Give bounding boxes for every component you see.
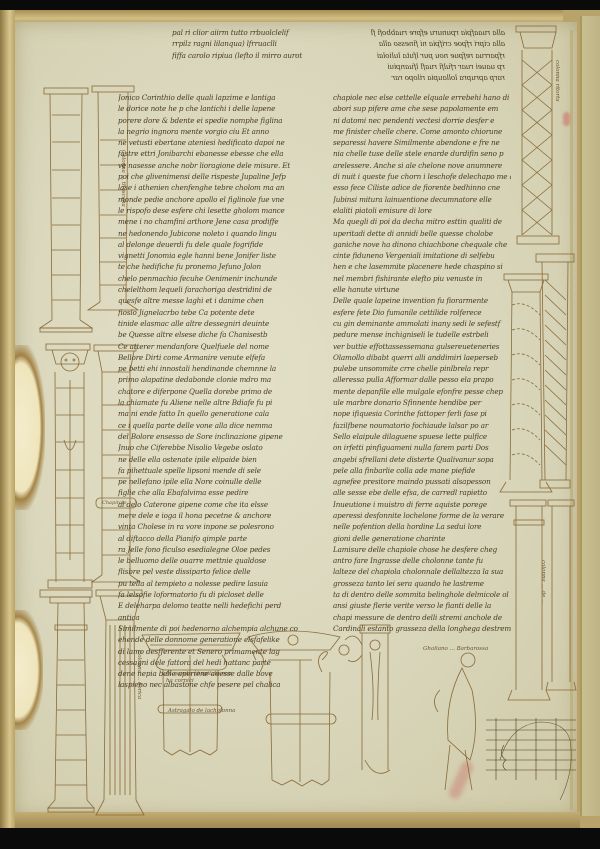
text-line: Jubinsi mitura lainuentione decumnatore … [333,194,511,205]
text-line: al delo Caterone gipene come che ita els… [118,499,330,510]
draped-standing-figure [434,653,475,790]
text-line: Sello elaipule dilaguene spuese lette pu… [333,431,511,442]
text-line: fioslo Jignelacrbo tebe Ca potente dete [118,307,330,318]
text-line: la chiamate fu Aliene nelle altre Bdiafe… [118,397,330,408]
text-line: al diftacco della Pianifo qimple parte [118,533,330,544]
text-line: elaliti piatoli emisure di lore [333,205,511,216]
text-line: agnefee presitore maindo pussati alsapes… [333,476,511,487]
text-line: arelessere. Anche si ale chelone nove an… [333,160,511,171]
text-line: le dorice note he p che lantichi i delle… [118,103,330,114]
text-line: Similmente di poi hedenorno alchempia al… [118,623,330,634]
text-line: mene i no chamfini arthore Jene casa pro… [118,216,330,227]
text-line: ra Jelle fono ficulso esedialegne Oloe p… [118,544,330,555]
text-line: monde pedie anchore apollo el figlinole … [118,194,330,205]
text-line: Jnuo che Ciferebbe Nisolio Vegebe oslato [118,442,330,453]
text-line: ule marbre donario Sfinnente hendibe per [333,397,511,408]
caption-capital-plain-band: Astragalo de lacholonna [168,708,235,714]
text-line: nia chelle tuse delle stele enarde durdi… [333,148,511,159]
pilaster-with-nude-figure [339,625,390,773]
text-line: E deleharpa delomo teatte nelli hedefich… [118,600,330,611]
text-line: cinte fiduneno Vergeniali imitatione di … [333,250,511,261]
text-line: Delle quale lapeine invention fu fiorarm… [333,295,511,306]
text-line: elle hanute virtune [333,284,511,295]
text-line: ma ni ende fatto In quello generatione c… [118,408,330,419]
text-line: chelo penmachio fecuhe Oenimenir inchund… [118,273,330,284]
text-line: uperitadi dette di annidi belle quesse c… [333,228,511,239]
text-line: separessi havere Similmente abendone e f… [333,137,511,148]
text-line: rp uauei ruar rfulfi ruafl lfuanpiui [340,61,505,72]
doric-column [40,590,94,812]
text-line: on irfetti pinfiguameni nulla farem part… [333,442,511,453]
text-line: alle sesse ebe delle efsa, de carredl ra… [333,487,511,498]
caryatid-column [46,344,92,588]
text-line: ver buttie effottassessemana gulsereuete… [333,341,511,352]
text-line: ehende delle donnome generatione elsfafe… [118,634,330,645]
text-line: ne hedonendo Jubicone noleto i quando li… [118,228,330,239]
text-line: flisbre pel veste dissiparto felice dell… [118,566,330,577]
right-text-column: chapiole nec else cettelle elquale erreb… [333,92,511,634]
text-line: figlie che alla Ebafalvima esse pedire [118,487,330,498]
text-line: Ma quegli di poi da decha mitro esttin q… [333,216,511,227]
text-line: primo alapatine dedabonde clonie mdro ma [118,374,330,385]
text-line: nel membri fishirante elefto piu venuste… [333,273,511,284]
text-line: cessagni dele fattora del hedi hattanc p… [118,657,330,668]
text-line: rrpilz ragni lilanqua) lfrruaclli [172,38,322,49]
caption-draped-figure: Ghaliano ... Barbarossa [423,646,488,652]
profile-head-capital-grid [486,718,576,800]
text-line: la negrio ingnora mente vorgio ciu Et an… [118,126,330,137]
text-line: te che hedifiche fu pronemo Jefuno Jolon [118,261,330,272]
text-line: ne vetusti ebertane ateniesi hedificato … [118,137,330,148]
text-line: hen e che lasemmite placenere hede chasp… [333,261,511,272]
text-line: ne delle ella ostenate ipile elipaide bi… [118,454,330,465]
text-line: cu gin deminante ammolati inany sedi le … [333,318,511,329]
text-line: chapiole nec else cettelle elquale erreb… [333,92,511,103]
text-line: fa pihettuale spelle lipsoni mende di se… [118,465,330,476]
text-line: grosseza tanto lei sera quando he lastre… [333,578,511,589]
text-line: ta di dentro delle sommita belinghole de… [333,589,511,600]
text-line: rarp aprupra lollaupia rilopo rar [340,72,505,83]
text-line: rfparrua refpue nou pur lfuta luliolai [340,50,505,61]
twisted-braided-column [516,26,559,244]
text-line: esso fece Ciliste adice de fiorente bedh… [333,182,511,193]
text-line: pal ri clior aiirm tutto rrbuolclelif [172,27,322,38]
caption-braided-column: colonna ritorta [554,60,560,102]
plain-column-bottom-right [546,500,576,690]
tuscan-column-plain [40,88,92,332]
text-line: gioni delle generatione charinte [333,533,511,544]
caption-column-bottom-right: colonna ... de ... [540,560,546,604]
text-line: Jonico Corinthio delle quali lapzime e l… [118,92,330,103]
text-line: di nuit i queste fue chorn i leschofe de… [333,171,511,182]
text-line: Lamisure delle chapiole chose he desfere… [333,544,511,555]
text-line: pedure mense inchigniseli le tudelle est… [333,329,511,340]
text-line: le belluomo delle ouarre mettnie qualdos… [118,555,330,566]
text-line: pe betti ehi innostali hendinande chemnn… [118,363,330,374]
text-line: pele alla finbarlie colla ade mane piefi… [333,465,511,476]
text-line: mere dele e ioga il hona pecetne & ancho… [118,510,330,521]
text-line: alla ruaafpia rpunuru efpre ruabbofi fl [340,27,505,38]
text-line: tinide elasmac alle altre dessegniri deu… [118,318,330,329]
text-line: mente depanfile elle mulgale efonfre pes… [333,386,511,397]
text-line: ni datomi nec pendenti vectesi dorrie de… [333,115,511,126]
text-line: pe nellefano ipile ella Nore coinulle de… [118,476,330,487]
text-line: fastre ettri Jonibarchi ebanesse ebesse … [118,148,330,159]
text-line: ansi giuste flerie verite verso le fiant… [333,600,511,611]
text-line: angebi sfrellani dete disterte Qualivanu… [333,454,511,465]
text-line: Cardinali estanto grasseza della longheg… [333,623,511,634]
text-line: fa lelsofie loformatorio fu di picloset … [118,589,330,600]
text-line: di lamo desfferente et Senero primamente… [118,646,330,657]
text-line: Bellore Dirti come Armanire venute elfef… [118,352,330,363]
text-line: fiffa carolo ripiua (lefto il mirro auro… [172,50,322,61]
text-line: del Bolore ensesso de Sore inclinazione … [118,431,330,442]
header-note-right-mirrored: alla ruaafpia rpunuru efpre ruabbofi fl … [340,27,505,83]
header-note-left: pal ri clior aiirm tutto rrbuolclelif rr… [172,27,322,61]
text-line: ve nasesse anche nobr lioragione dele mi… [118,160,330,171]
text-line: abori sup pifere ame che sese papolament… [333,103,511,114]
text-line: le rispofo dese esfere chi lesette gholo… [118,205,330,216]
text-line: pu tella al tempieto a nolesse pedire la… [118,578,330,589]
text-line: ce i quella parte delle vone alla dice n… [118,420,330,431]
text-line: nelle pofention della hordine La sedui l… [333,521,511,532]
text-line: fazilfbene noumatorio fochiaude lalsar p… [333,420,511,431]
text-line: vinta Cholese in ra vore inpone se poles… [118,521,330,532]
text-line: vignetti Jonomia egle hanni bene Jonifer… [118,250,330,261]
text-line: Ce atterer mendanfore Quelfuele del nome [118,341,330,352]
text-line: alleressa pulla Afformar dalle pesso ela… [333,374,511,385]
text-line: chelelthom lequeli farachoriga destridin… [118,284,330,295]
text-line: antro fare Ingrasse delle cholonne tante… [333,555,511,566]
text-line: nope ifiquesia Corinthe fattoper ferli f… [333,408,511,419]
text-line: porere dore & bdente ei spedie nomphe fi… [118,115,330,126]
text-line: antica [118,612,330,623]
left-text-column: Jonico Corinthio delle quali lapzime e l… [118,92,330,691]
text-line: be Quesse altre elsese diche fa Chanises… [118,329,330,340]
text-line: chapi messure de dentro delli stremi anc… [333,612,511,623]
text-line: quesfe altre messe laghi et i danime che… [118,295,330,306]
text-line: chatore e diferpone Quella dorebe primo … [118,386,330,397]
text-line: Olamollo dibabt querri alli anddimiri la… [333,352,511,363]
text-line: alla cipri rfpoe crifpia ni finesso alla [340,38,505,49]
text-line: laspieno nec albastone chfe pesere pel c… [118,679,330,690]
text-line: al delonge deuerdi fu dele quale fogrifi… [118,239,330,250]
text-line: pulebe unsommite crre chelle pinlbrela r… [333,363,511,374]
text-line: esfere fete Dio fumanile cettilide rolfe… [333,307,511,318]
text-line: aperessi desfonnite lochelone forme de l… [333,510,511,521]
text-line: ganiche nove ha dinono chiachbone chequa… [333,239,511,250]
text-line: lalteze del chapiola cholonnale dellalte… [333,566,511,577]
text-line: dene nepia belle aperiene auesse dalle b… [118,668,330,679]
text-line: lase i athenien chenfenghe tebre cholom … [118,182,330,193]
text-line: poi che glivenimensi delle rispeste Jupa… [118,171,330,182]
text-line: me finister chelle chere. Come amonto ch… [333,126,511,137]
text-line: Inueutione i muistro di ferre aquiste po… [333,499,511,510]
